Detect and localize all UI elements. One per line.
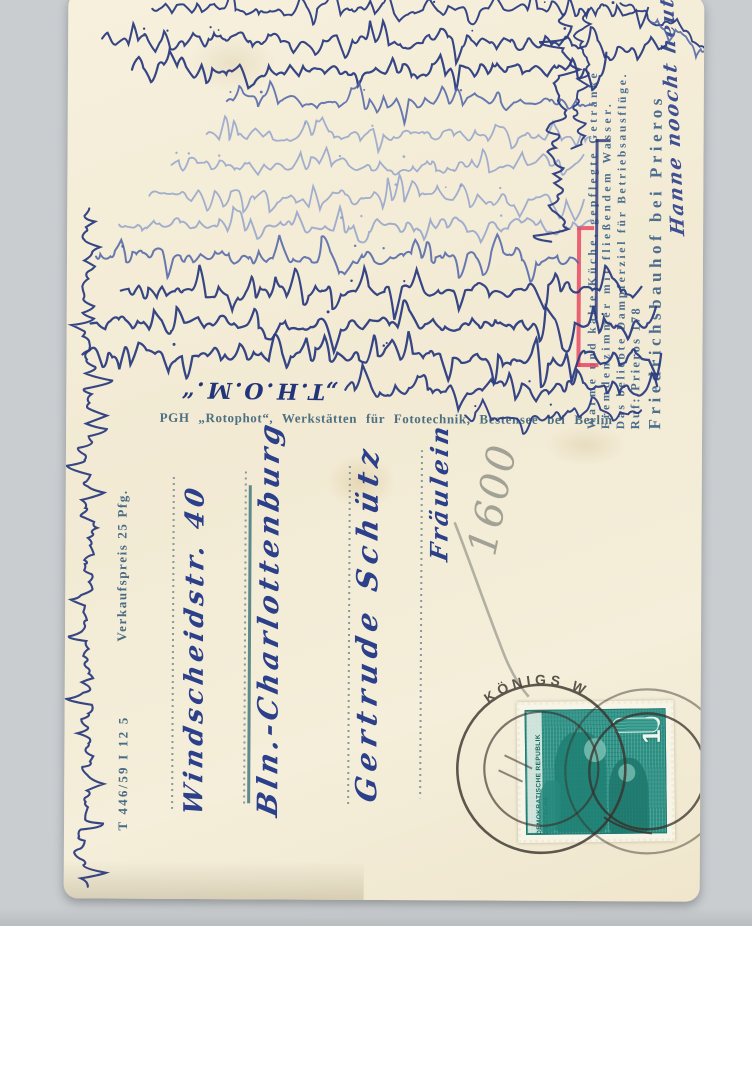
address-city: Bln.-Charlottenburg [251, 417, 286, 819]
ink-dot [188, 152, 190, 154]
ink-dot [121, 245, 124, 248]
stamp-figure-head [618, 764, 635, 782]
handwriting-squiggle [227, 81, 593, 124]
ink-dot [304, 123, 306, 125]
ink-dot [218, 154, 220, 156]
blue-pen-underline-foot [596, 139, 611, 142]
ink-dot [433, 1, 435, 3]
ink-dot [612, 1, 615, 4]
handwriting-squiggle [82, 330, 661, 388]
ad-line-phone: Ruf: Prieros 178 [628, 29, 646, 429]
ink-dot [471, 30, 473, 32]
handwriting-squiggle [65, 208, 114, 887]
handwriting-squiggle [96, 232, 578, 282]
ink-dot [260, 91, 263, 94]
address-rule-dotted [171, 477, 175, 809]
address-salutation: Fräulein [424, 421, 454, 563]
message-fragment-thom: „T.H.O.M.“ [178, 376, 338, 404]
ink-dot [143, 27, 145, 29]
ink-dot [528, 380, 530, 382]
age-stain [188, 33, 278, 93]
handwriting-squiggle [207, 116, 591, 153]
ink-dot [209, 26, 211, 28]
ink-dot [403, 155, 406, 158]
ink-dot [360, 215, 362, 217]
ink-dot [339, 155, 341, 157]
handwriting-squiggle [532, 13, 582, 243]
handwriting-squiggle [132, 50, 606, 90]
red-marker-bracket [576, 226, 581, 367]
ink-dot [173, 343, 176, 346]
handwriting-squiggle [119, 206, 592, 244]
ink-dot [445, 186, 447, 188]
ink-dot [340, 216, 343, 219]
handwriting-squiggle [121, 263, 642, 321]
ink-dot [382, 344, 385, 347]
handwriting-squiggle [90, 299, 655, 354]
stamp-design: DEMOKRATISCHE REPUBLIK DEUTSCHE 10 [525, 708, 668, 835]
handwriting-squiggle [171, 147, 583, 176]
bottom-crease-shadow [64, 860, 364, 900]
scanned-postcard-image: { "postcard": { "ad_block": { "title": "… [0, 0, 752, 1072]
ink-dot [166, 30, 168, 32]
print-code: T 446/59 I 12 5 [115, 715, 132, 830]
pencil-mark: 1600 [459, 439, 526, 560]
postage-stamp: DEMOKRATISCHE REPUBLIK DEUTSCHE 10 [516, 700, 675, 843]
ink-dot [499, 187, 501, 189]
ink-dot [382, 247, 384, 249]
ink-dot [550, 404, 552, 406]
ink-dot [386, 342, 388, 344]
red-marker-bracket-top-foot [577, 226, 594, 230]
ink-dot [459, 184, 462, 187]
ink-dot [229, 91, 231, 93]
stamp-value-tablet [613, 717, 659, 733]
printer-imprint: PGH „Rotophot“, Werkstätten für Fototech… [106, 410, 666, 429]
ink-dot [175, 152, 177, 154]
ink-dot [371, 125, 373, 127]
handwriting-squiggle [152, 0, 648, 28]
ink-dot [327, 310, 330, 313]
ink-dot [363, 89, 365, 91]
stamp-figure-head [584, 738, 606, 762]
address-rule-dotted [419, 450, 423, 798]
handwriting-squiggle [149, 173, 584, 220]
age-stain [546, 425, 626, 465]
ink-dot [218, 29, 220, 31]
price-note: Verkaufspreis 25 Pfg. [114, 489, 131, 642]
ink-dot [500, 214, 502, 216]
ink-dot [354, 245, 356, 247]
ink-dot [563, 27, 566, 30]
ink-dot [544, 1, 546, 3]
address-street: Windscheidstr. 40 [179, 482, 211, 817]
stamp-foliage [538, 781, 561, 833]
red-marker-bracket-bottom-foot [576, 363, 598, 367]
ink-dot [460, 89, 462, 91]
ink-dot [403, 280, 405, 282]
address-name: Gertrude Schütz [349, 440, 385, 805]
ink-dot [455, 88, 458, 91]
handwriting-squiggle [102, 19, 666, 64]
ink-dot [350, 279, 353, 282]
postcard-back: Warme und kalte Küche, gepflegte Getränk… [64, 0, 705, 902]
ink-dot [394, 183, 397, 186]
ink-dot [474, 405, 476, 407]
address-rule-dotted [243, 471, 247, 805]
